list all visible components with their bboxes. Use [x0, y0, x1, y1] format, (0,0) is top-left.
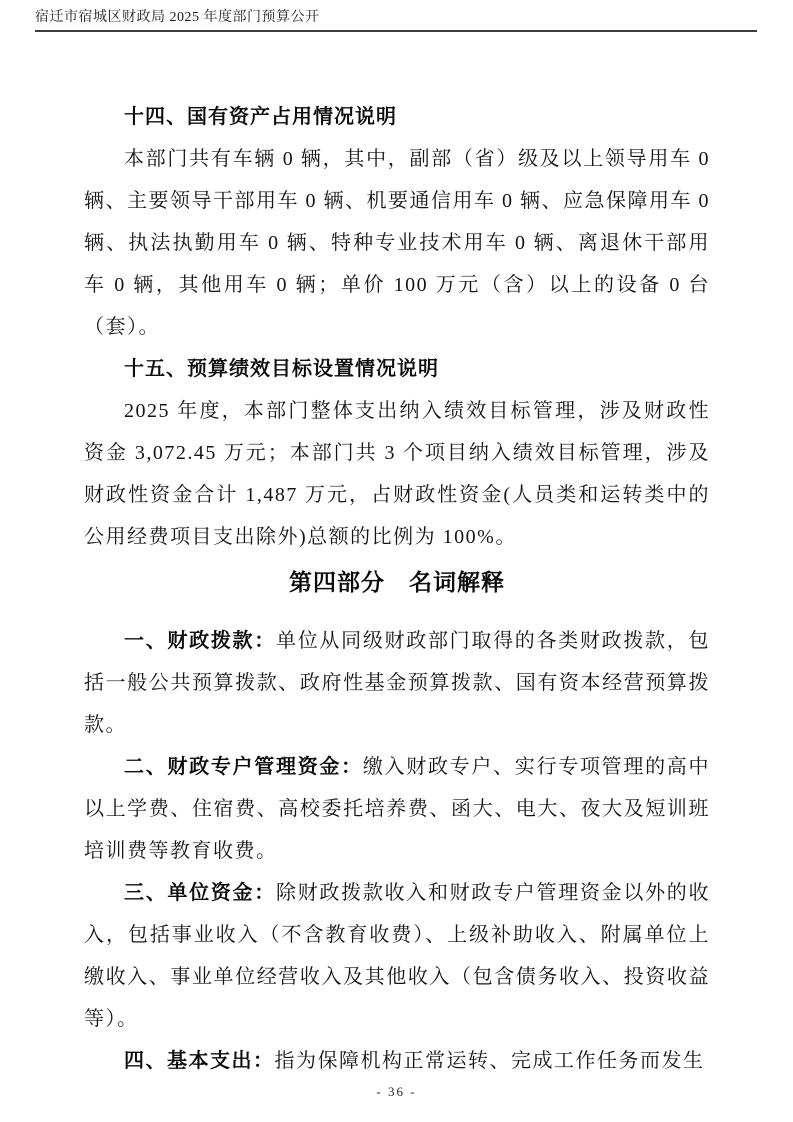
term-4-text: 指为保障机构正常运转、完成工作任务而发生	[275, 1050, 705, 1072]
page-footer: - 36 -	[0, 1083, 793, 1101]
section-heading-15: 十五、预算绩效目标设置情况说明	[84, 348, 710, 390]
paragraph-state-assets: 本部门共有车辆 0 辆，其中，副部（省）级及以上领导用车 0 辆、主要领导干部用…	[84, 138, 710, 348]
term-1-lead: 一、财政拨款：	[124, 630, 276, 652]
header-title: 宿迁市宿城区财政局 2025 年度部门预算公开	[35, 9, 757, 26]
term-3-lead: 三、单位资金：	[124, 882, 276, 904]
term-definition-2: 二、财政专户管理资金：缴入财政专户、实行专项管理的高中以上学费、住宿费、高校委托…	[84, 746, 710, 872]
part4-title: 第四部分 名词解释	[84, 560, 710, 606]
term-definition-1: 一、财政拨款：单位从同级财政部门取得的各类财政拨款，包括一般公共预算拨款、政府性…	[84, 620, 710, 746]
term-definition-3: 三、单位资金：除财政拨款收入和财政专户管理资金以外的收入，包括事业收入（不含教育…	[84, 872, 710, 1040]
term-3-text: 除财政拨款收入和财政专户管理资金以外的收入，包括事业收入（不含教育收费）、上级补…	[84, 882, 710, 1030]
page-number: - 36 -	[376, 1084, 416, 1099]
term-4-lead: 四、基本支出：	[124, 1050, 275, 1072]
section-heading-14: 十四、国有资产占用情况说明	[84, 96, 710, 138]
page-header: 宿迁市宿城区财政局 2025 年度部门预算公开	[35, 9, 757, 32]
term-definition-4: 四、基本支出：指为保障机构正常运转、完成工作任务而发生	[84, 1040, 710, 1082]
document-page: 宿迁市宿城区财政局 2025 年度部门预算公开 十四、国有资产占用情况说明 本部…	[0, 0, 793, 1122]
term-2-lead: 二、财政专户管理资金：	[124, 756, 363, 778]
paragraph-performance-targets: 2025 年度，本部门整体支出纳入绩效目标管理，涉及财政性资金 3,072.45…	[84, 390, 710, 558]
document-content: 十四、国有资产占用情况说明 本部门共有车辆 0 辆，其中，副部（省）级及以上领导…	[84, 96, 710, 1082]
